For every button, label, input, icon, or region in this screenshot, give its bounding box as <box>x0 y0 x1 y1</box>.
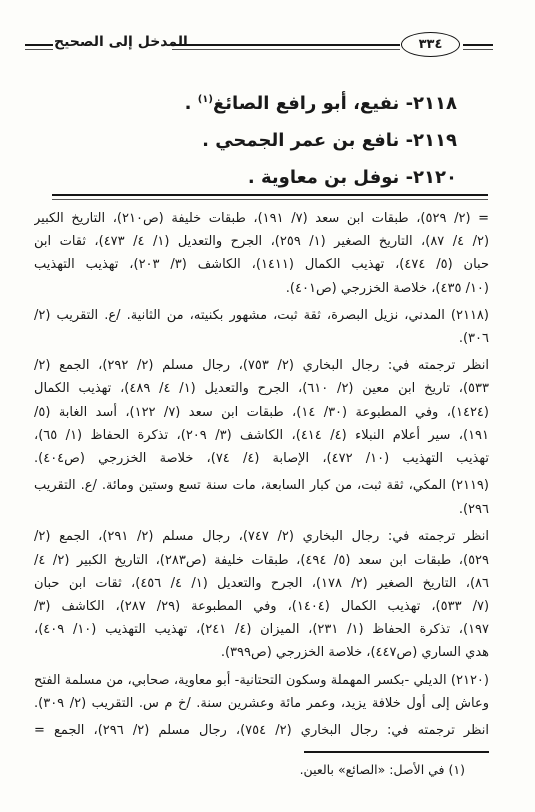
entry-number: ٢١١٩- <box>399 130 457 151</box>
footnote-2118-sources: انظر ترجمته في: رجال البخاري (٢/ ٧٥٣)، ر… <box>34 354 489 470</box>
footnote-2120-sources: انظر ترجمته في: رجال البخاري (٢/ ٧٥٤)، ر… <box>34 719 489 742</box>
entry-period: . <box>185 93 198 114</box>
footnote-ref-marker: (١) <box>198 94 213 105</box>
entry-period: . <box>248 167 261 188</box>
footnote-2119-biography: (٢١١٩) المكي، ثقة ثبت، من كبار السابعة، … <box>34 474 489 521</box>
bottom-note-divider-rule <box>304 751 489 753</box>
footnote-continuation-from-previous-page: = (٢/ ٥٢٩)، طبقات ابن سعد (٧/ ١٩١)، طبقا… <box>34 207 489 300</box>
entry-name: نافع بن عمر الجمحي <box>215 130 399 151</box>
footnotes-section: = (٢/ ٥٢٩)، طبقات ابن سعد (٧/ ١٩١)، طبقا… <box>34 207 489 746</box>
header-rule-left <box>25 44 53 50</box>
footnote-line: ١٩٧)، تذكرة الحفاظ (١/ ٢٣١)، الميزان (٤/… <box>34 618 489 641</box>
entry-number: ٢١٢٠- <box>399 167 457 188</box>
footnote-line: تهذيب التهذيب (١٠/ ٤٧٢)، الإصابة (٤/ ٧٤)… <box>34 447 489 470</box>
footnote-line: (٢١١٨) المدني، نزيل البصرة، ثقة ثبت، مشه… <box>34 304 489 327</box>
footnote-line: = (٢/ ٥٢٩)، طبقات ابن سعد (٧/ ١٩١)، طبقا… <box>34 207 489 230</box>
entry-row-2: ٢١١٩- نافع بن عمر الجمحي . <box>60 127 457 154</box>
header-rule-right <box>463 44 493 50</box>
footnote-line: انظر ترجمته في: رجال البخاري (٢/ ٧٥٤)، ر… <box>34 719 489 742</box>
entry-period: . <box>202 130 215 151</box>
footnote-line: ٢٩٦). <box>34 498 489 521</box>
footnote-2118-biography: (٢١١٨) المدني، نزيل البصرة، ثقة ثبت، مشه… <box>34 304 489 350</box>
footnote-2119-sources: انظر ترجمته في: رجال البخاري (٢/ ٧٤٧)، ر… <box>34 525 489 664</box>
page-header: المدخل إلى الصحيح ٣٣٤ <box>0 32 535 60</box>
entries-list: ٢١١٨- نفيع، أبو رافع الصائغ(١) .٢١١٩- نا… <box>60 90 457 201</box>
page-number-badge: ٣٣٤ <box>401 32 460 57</box>
footnote-line: ٣٠٦). <box>34 327 489 350</box>
footnote-line: ٥٢٩)، طبقات ابن سعد (٥/ ٤٩٤)، طبقات خليف… <box>34 549 489 572</box>
footnote-line: (١٤٢٤)، وفي المطبوعة (٣٠/ ١٤)، طبقات ابن… <box>34 401 489 424</box>
footnote-line: (٢١٢٠) الديلي -بكسر المهملة وسكون التحتا… <box>34 669 489 692</box>
footnote-line: انظر ترجمته في: رجال البخاري (٢/ ٧٤٧)، ر… <box>34 525 489 548</box>
footnote-line: (٧/ ٥٣٣)، تهذيب الكمال (١٤٠٤)، وفي المطب… <box>34 595 489 618</box>
footnote-line: (٢١١٩) المكي، ثقة ثبت، من كبار السابعة، … <box>34 474 489 498</box>
footnote-line: ٨٦)، التاريخ الصغير (٢/ ١٧٨)، الجرح والت… <box>34 572 489 595</box>
book-title: المدخل إلى الصحيح <box>54 34 188 50</box>
footnote-line: ٥٣٣)، تاريخ ابن معين (٢/ ٦١٠)، الجرح وال… <box>34 377 489 400</box>
footnote-line: حبان (٥/ ٤٧٤)، تهذيب الكمال (١٤١١)، الكا… <box>34 253 489 276</box>
entry-row-1: ٢١١٨- نفيع، أبو رافع الصائغ(١) . <box>60 90 457 117</box>
header-rule-center <box>172 44 400 50</box>
entry-name: نفيع، أبو رافع الصائغ <box>213 93 399 114</box>
footnote-line: انظر ترجمته في: رجال البخاري (٢/ ٧٥٣)، ر… <box>34 354 489 377</box>
page-number: ٣٣٤ <box>419 37 443 52</box>
entry-name: نوفل بن معاوية <box>261 167 399 188</box>
footnote-divider-rule <box>52 194 488 200</box>
footnote-line: هدي الساري (ص٤٤٧)، خلاصة الخزرجي (ص٣٩٩). <box>34 641 489 664</box>
footnote-line: ١٩١)، سير أعلام النبلاء (٤/ ٤١٤)، الكاشف… <box>34 424 489 447</box>
footnote-line: وعاش إلى أول خلافة يزيد، وعمر مائة وعشري… <box>34 692 489 715</box>
footnote-line: (١٠/ ٤٣٥)، خلاصة الخزرجي (ص٤٠١). <box>34 277 489 300</box>
entry-row-3: ٢١٢٠- نوفل بن معاوية . <box>60 164 457 191</box>
entry-number: ٢١١٨- <box>399 93 457 114</box>
book-page: المدخل إلى الصحيح ٣٣٤ ٢١١٨- نفيع، أبو را… <box>0 0 535 812</box>
footnote-line: (٢/ ٤/ ٨٧)، التاريخ الصغير (١/ ٢٥٩)، الج… <box>34 230 489 253</box>
bottom-note: (١) في الأصل: «الصائع» بالعين. <box>120 759 465 781</box>
footnote-2120-biography: (٢١٢٠) الديلي -بكسر المهملة وسكون التحتا… <box>34 669 489 715</box>
